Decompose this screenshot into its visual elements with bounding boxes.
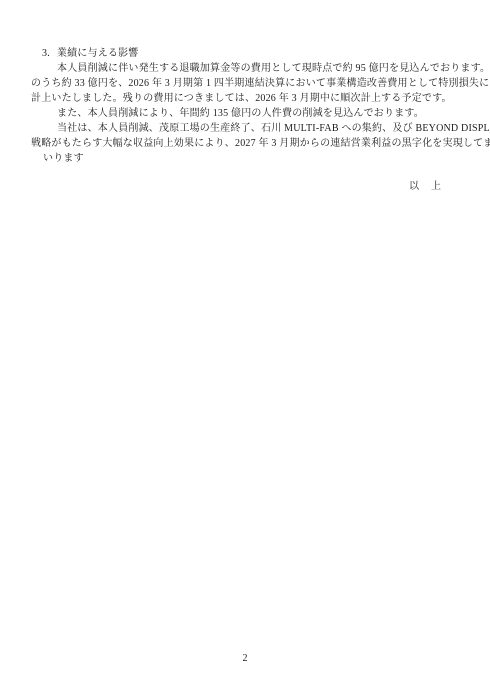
body-line: いります bbox=[31, 151, 463, 166]
body-line: のうち約 33 億円を、2026 年 3 月期第 1 四半期連結決算において事業… bbox=[31, 76, 463, 91]
body-line: また、本人員削減により、年間約 135 億円の人件費の削減を見込んでおります。 bbox=[31, 106, 463, 121]
section-number: 3. bbox=[42, 46, 50, 61]
body-line: 戦略がもたらす大幅な収益向上効果により、2027 年 3 月期からの連結営業利益… bbox=[31, 136, 463, 151]
body-line: 本人員削減に伴い発生する退職加算金等の費用として現時点で約 95 億円を見込んで… bbox=[31, 61, 463, 76]
body-line: 計上いたしました。残りの費用につきましては、2026 年 3 月期中に順次計上す… bbox=[31, 91, 463, 106]
document-page: 3.業績に与える影響 本人員削減に伴い発生する退職加算金等の費用として現時点で約… bbox=[0, 0, 490, 692]
page-number: 2 bbox=[0, 653, 490, 665]
closing-mark: 以 上 bbox=[409, 181, 442, 193]
section-heading: 3.業績に与える影響 bbox=[31, 46, 463, 61]
body-line: 当社は、本人員削減、茂原工場の生産終了、石川 MULTI-FAB への集約、及び… bbox=[31, 121, 463, 136]
document-body: 3.業績に与える影響 本人員削減に伴い発生する退職加算金等の費用として現時点で約… bbox=[31, 46, 463, 166]
section-title: 業績に与える影響 bbox=[57, 48, 139, 59]
